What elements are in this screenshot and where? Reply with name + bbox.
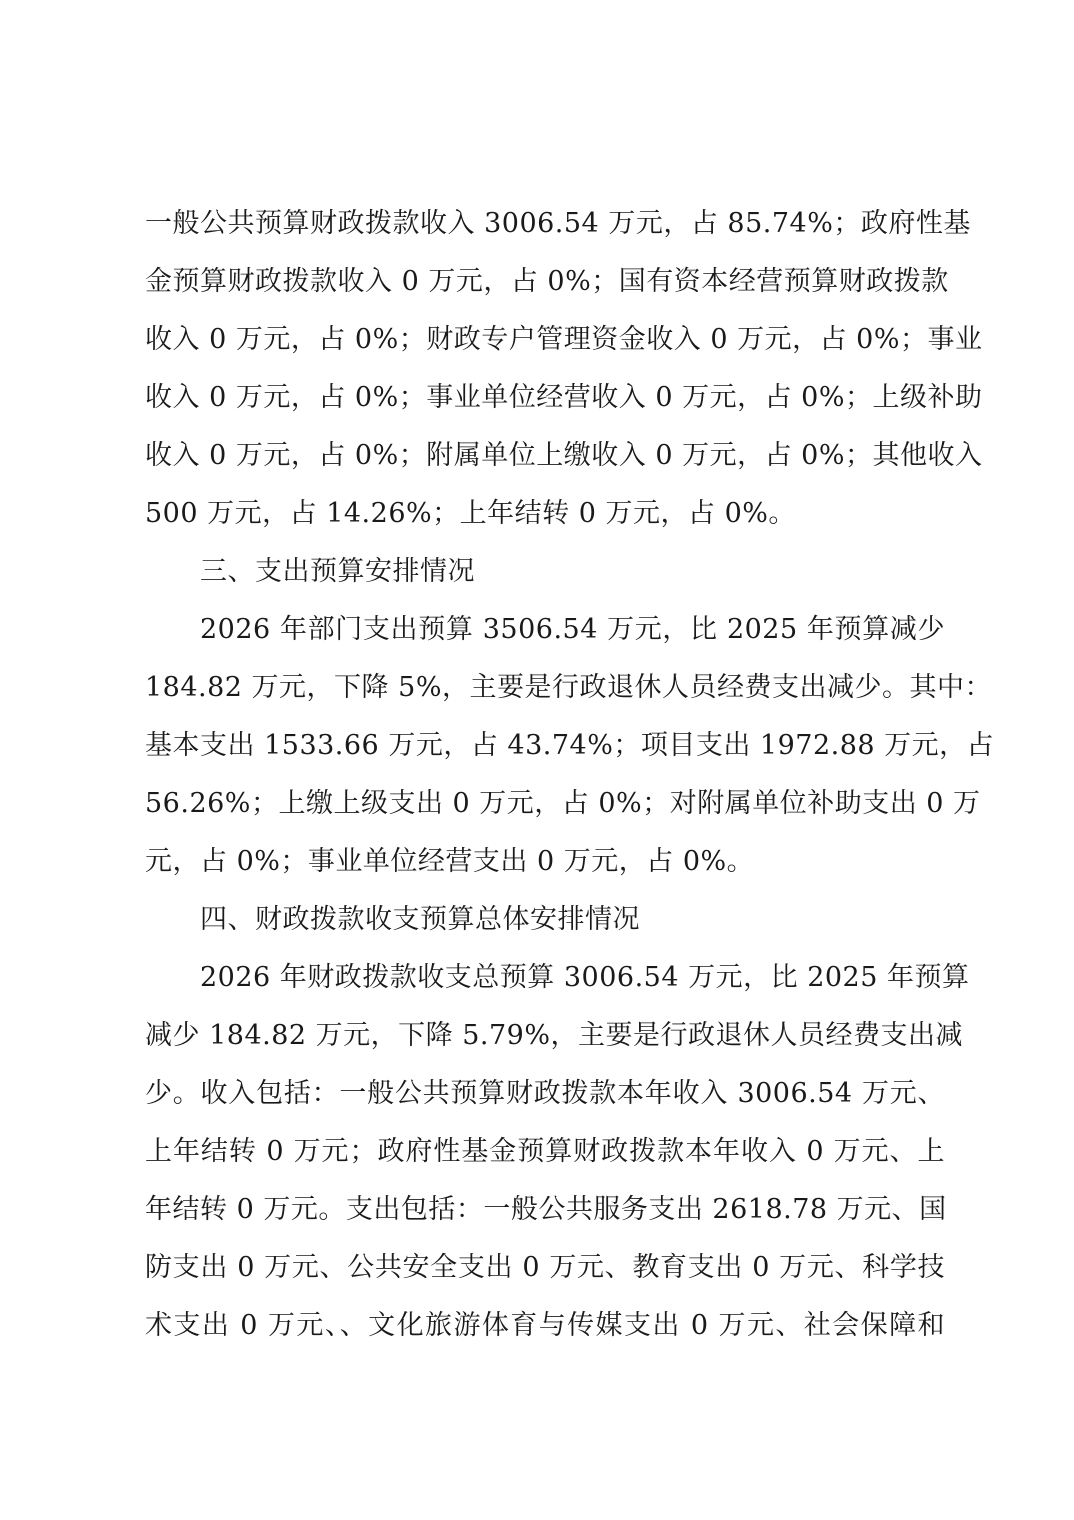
paragraph-first-line: 2026 年部门支出预算 3506.54 万元，比 2025 年预算减少 [200, 610, 945, 650]
paragraph-line: 少。收入包括：一般公共预算财政拨款本年收入 3006.54 万元、 [145, 1074, 945, 1114]
paragraph-line: 上年结转 0 万元；政府性基金预算财政拨款本年收入 0 万元、上 [145, 1132, 945, 1172]
paragraph-line: 56.26%；上缴上级支出 0 万元，占 0%；对附属单位补助支出 0 万 [145, 784, 945, 824]
section-heading: 四、财政拨款收支预算总体安排情况 [200, 900, 640, 940]
paragraph-line: 减少 184.82 万元，下降 5.79%，主要是行政退休人员经费支出减 [145, 1016, 945, 1056]
paragraph-line: 基本支出 1533.66 万元，占 43.74%；项目支出 1972.88 万元… [145, 726, 945, 766]
paragraph-line: 收入 0 万元，占 0%；财政专户管理资金收入 0 万元，占 0%；事业 [145, 320, 945, 360]
paragraph-line: 184.82 万元，下降 5%，主要是行政退休人员经费支出减少。其中： [145, 668, 945, 708]
paragraph-line: 收入 0 万元，占 0%；附属单位上缴收入 0 万元，占 0%；其他收入 [145, 436, 945, 476]
section-heading: 三、支出预算安排情况 [200, 552, 475, 592]
paragraph-first-line: 2026 年财政拨款收支总预算 3006.54 万元，比 2025 年预算 [200, 958, 945, 998]
paragraph-line: 术支出 0 万元、、文化旅游体育与传媒支出 0 万元、社会保障和 [145, 1306, 945, 1346]
paragraph-line: 收入 0 万元，占 0%；事业单位经营收入 0 万元，占 0%；上级补助 [145, 378, 945, 418]
paragraph-line: 防支出 0 万元、公共安全支出 0 万元、教育支出 0 万元、科学技 [145, 1248, 945, 1288]
paragraph-line: 一般公共预算财政拨款收入 3006.54 万元，占 85.74%；政府性基 [145, 204, 945, 244]
document-page: 一般公共预算财政拨款收入 3006.54 万元，占 85.74%；政府性基 金预… [0, 0, 1074, 1520]
paragraph-line: 年结转 0 万元。支出包括：一般公共服务支出 2618.78 万元、国 [145, 1190, 945, 1230]
paragraph-line: 金预算财政拨款收入 0 万元，占 0%；国有资本经营预算财政拨款 [145, 262, 945, 302]
paragraph-line: 元，占 0%；事业单位经营支出 0 万元，占 0%。 [145, 842, 945, 882]
paragraph-line: 500 万元，占 14.26%；上年结转 0 万元，占 0%。 [145, 494, 945, 534]
